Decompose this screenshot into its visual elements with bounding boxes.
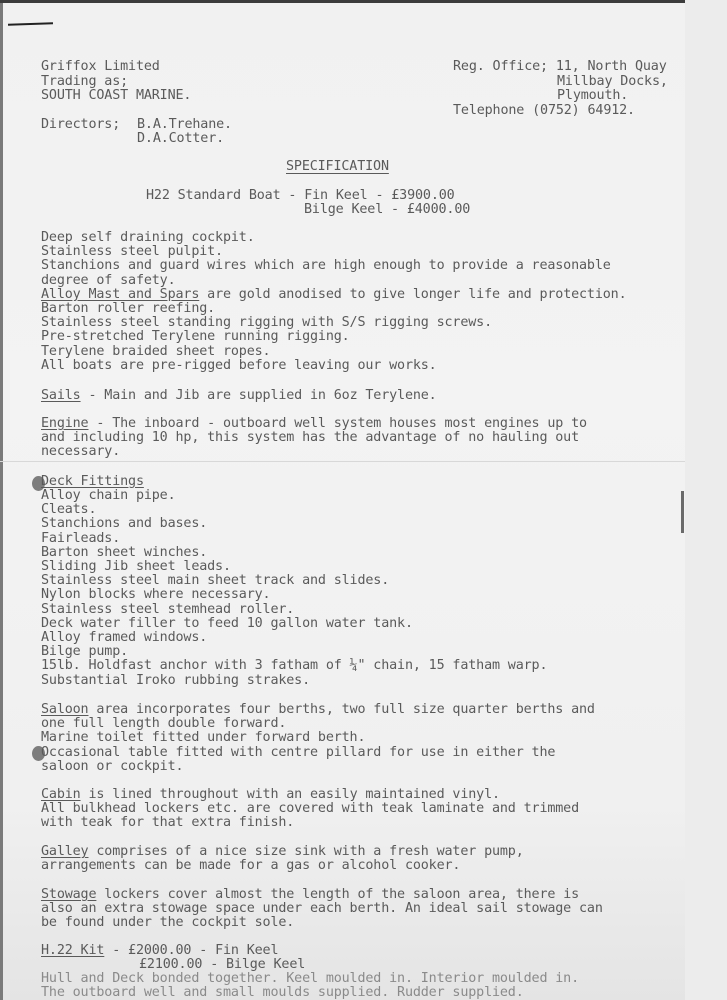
spec-line: Stainless steel pulpit.	[41, 245, 223, 259]
section-heading: Engine	[41, 416, 88, 431]
section-heading: Alloy Mast and Spars	[41, 287, 199, 302]
stowage-line: also an extra stowage space under each b…	[41, 902, 603, 916]
spec-line: Pre-stretched Terylene running rigging.	[41, 330, 350, 344]
section-heading: Deck Fittings	[41, 474, 144, 489]
section-heading: Stowage	[41, 887, 96, 902]
kit-detail: Hull and Deck bonded together. Keel moul…	[41, 972, 579, 986]
deck-fitting-item: Nylon blocks where necessary.	[41, 588, 270, 602]
spec-line: degree of safety.	[41, 274, 176, 288]
deck-fittings-heading: Deck Fittings	[41, 475, 144, 489]
telephone: Telephone (0752) 64912.	[453, 104, 635, 118]
price-fin-keel: H22 Standard Boat - Fin Keel - £3900.00	[146, 189, 455, 203]
stowage-line: Stowage lockers cover almost the length …	[41, 888, 579, 902]
galley-line: arrangements can be made for a gas or al…	[41, 859, 460, 873]
saloon-line: Occasional table fitted with centre pill…	[41, 746, 555, 760]
engine-line: Engine - The inboard - outboard well sys…	[41, 417, 587, 431]
deck-fitting-item: Cleats.	[41, 503, 96, 517]
spec-line: Stanchions and guard wires which are hig…	[41, 259, 611, 273]
paper-tear	[681, 491, 684, 533]
kit-price-bilge: £2100.00 - Bilge Keel	[139, 958, 305, 972]
spec-line: Barton roller reefing.	[41, 302, 215, 316]
kit-price-fin: H.22 Kit - £2000.00 - Fin Keel	[41, 944, 278, 958]
spec-line: Terylene braided sheet ropes.	[41, 345, 270, 359]
office-address-1: Reg. Office; 11, North Quay	[453, 60, 667, 74]
cabin-line: Cabin is lined throughout with an easily…	[41, 788, 500, 802]
spec-line: Alloy Mast and Spars are gold anodised t…	[41, 288, 627, 302]
deck-fitting-item: Barton sheet winches.	[41, 546, 207, 560]
director-2: D.A.Cotter.	[137, 132, 224, 146]
paper-fold	[0, 461, 685, 462]
deck-fitting-item: Deck water filler to feed 10 gallon wate…	[41, 617, 413, 631]
scan-margin	[685, 0, 727, 1000]
spec-line: Stainless steel standing rigging with S/…	[41, 316, 492, 330]
saloon-line: one full length double forward.	[41, 717, 286, 731]
document-page: Griffox Limited Trading as; SOUTH COAST …	[0, 0, 685, 1000]
office-address-3: Plymouth.	[557, 89, 628, 103]
pen-mark	[8, 22, 53, 26]
section-heading: Sails	[41, 388, 81, 403]
price-bilge-keel: Bilge Keel - £4000.00	[304, 203, 470, 217]
kit-detail: The outboard well and small moulds suppl…	[41, 986, 524, 1000]
deck-fitting-item: 15lb. Holdfast anchor with 3 fatham of ¼…	[41, 659, 547, 673]
spec-line: Deep self draining cockpit.	[41, 231, 255, 245]
section-heading: Cabin	[41, 787, 81, 802]
deck-fitting-item: Substantial Iroko rubbing strakes.	[41, 674, 310, 688]
trading-as: Trading as;	[41, 75, 128, 89]
saloon-line: Marine toilet fitted under forward berth…	[41, 731, 365, 745]
section-heading: Galley	[41, 844, 88, 859]
spec-line: All boats are pre-rigged before leaving …	[41, 359, 437, 373]
cabin-line: All bulkhead lockers etc. are covered wi…	[41, 802, 579, 816]
section-heading: Saloon	[41, 702, 88, 717]
galley-line: Galley comprises of a nice size sink wit…	[41, 845, 524, 859]
sails-line: Sails - Main and Jib are supplied in 6oz…	[41, 389, 437, 403]
deck-fitting-item: Stanchions and bases.	[41, 517, 207, 531]
office-address-2: Millbay Docks,	[557, 75, 668, 89]
trading-name: SOUTH COAST MARINE.	[41, 89, 191, 103]
stowage-line: be found under the cockpit sole.	[41, 916, 294, 930]
directors-label: Directors;	[41, 118, 120, 132]
deck-fitting-item: Alloy framed windows.	[41, 631, 207, 645]
document-title: SPECIFICATION	[286, 160, 389, 174]
company-name: Griffox Limited	[41, 60, 160, 74]
deck-fitting-item: Stainless steel main sheet track and sli…	[41, 574, 389, 588]
engine-line: necessary.	[41, 445, 120, 459]
director-1: B.A.Trehane.	[137, 118, 232, 132]
cabin-line: with teak for that extra finish.	[41, 816, 294, 830]
deck-fitting-item: Alloy chain pipe.	[41, 489, 176, 503]
saloon-line: Saloon area incorporates four berths, tw…	[41, 703, 595, 717]
deck-fitting-item: Fairleads.	[41, 532, 120, 546]
deck-fitting-item: Stainless steel stemhead roller.	[41, 603, 294, 617]
deck-fitting-item: Sliding Jib sheet leads.	[41, 560, 231, 574]
engine-line: and including 10 hp, this system has the…	[41, 431, 579, 445]
section-heading: H.22 Kit	[41, 943, 104, 958]
saloon-line: saloon or cockpit.	[41, 760, 183, 774]
